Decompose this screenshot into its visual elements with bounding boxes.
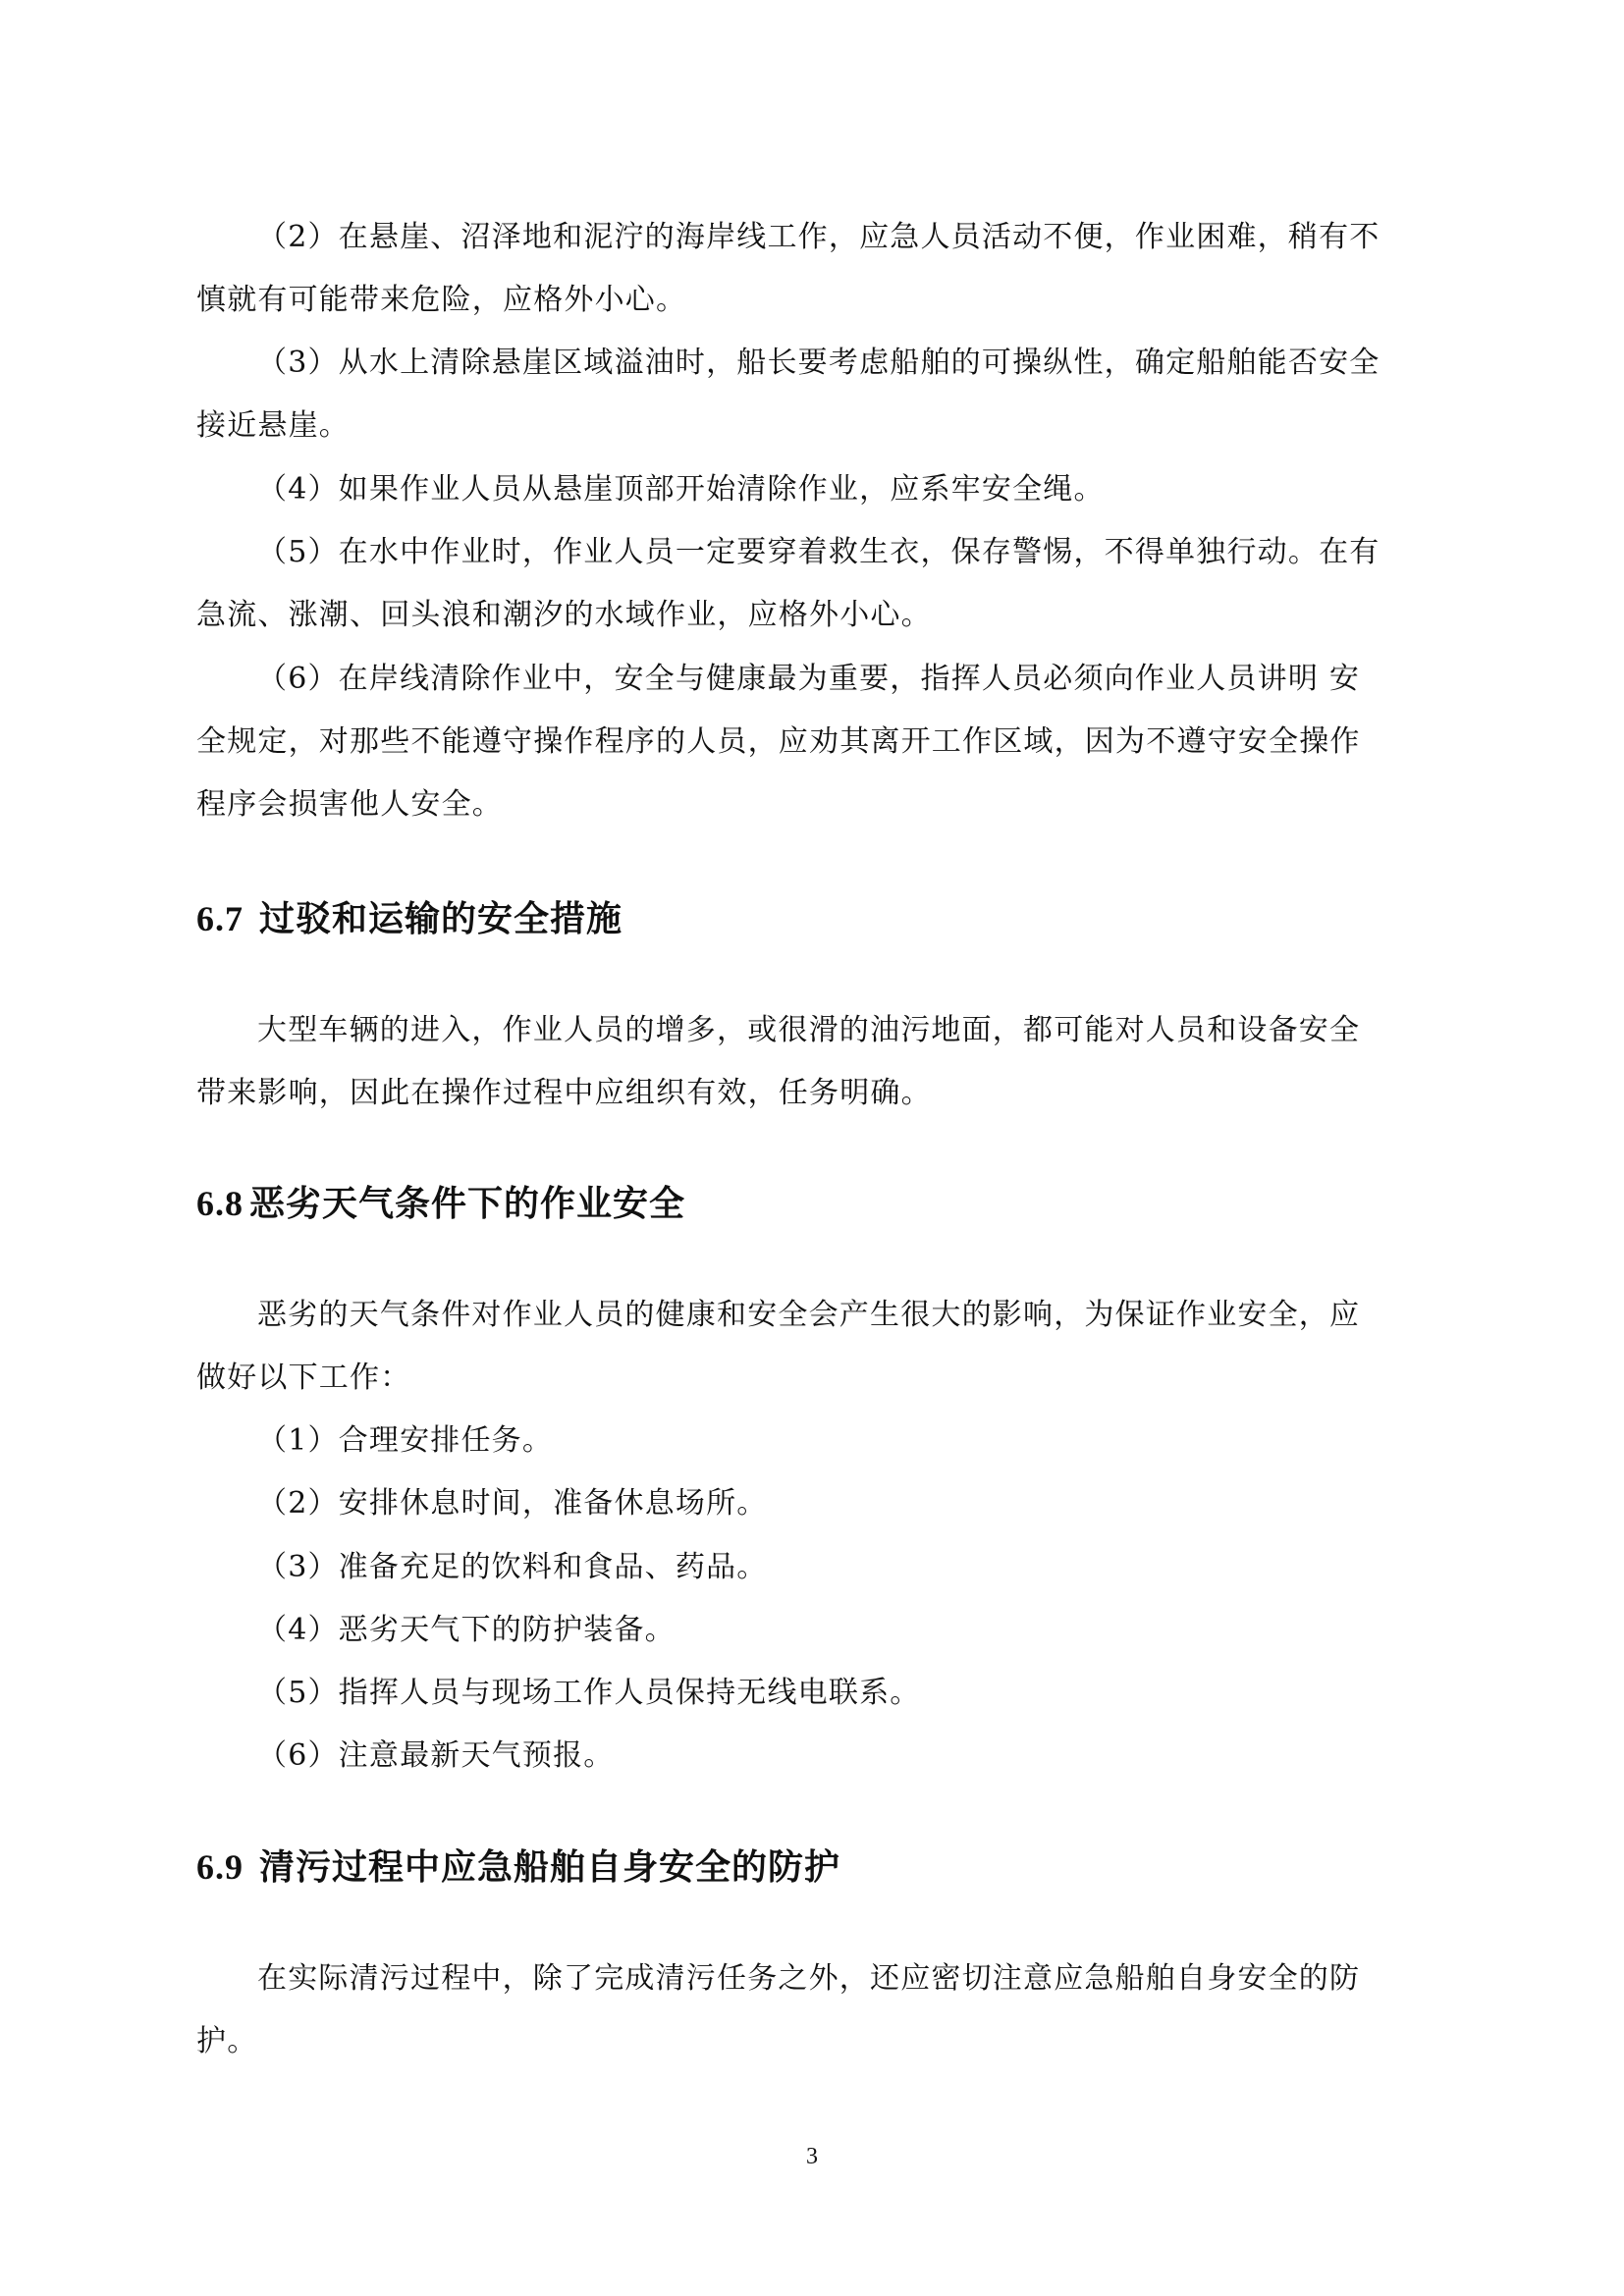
list-item: （6）注意最新天气预报。 [257,1736,1509,1776]
text-line: 在实际清污过程中，除了完成清污任务之外，还应密切注意应急船舶自身安全的防 [257,1959,1509,1999]
text-line: 恶劣的天气条件对作业人员的健康和安全会产生很大的影响，为保证作业安全，应 [257,1296,1509,1335]
text-line: 全规定，对那些不能遵守操作程序的人员，应劝其离开工作区域，因为不遵守安全操作 [196,722,1448,762]
text-line: 程序会损害他人安全。 [196,785,1448,825]
section-number: 6.9 [196,1847,244,1887]
text-line: 带来影响，因此在操作过程中应组织有效，任务明确。 [196,1074,1448,1113]
text-line: 接近悬崖。 [196,406,1448,446]
list-item: （1）合理安排任务。 [257,1421,1509,1461]
list-item: （5）指挥人员与现场工作人员保持无线电联系。 [257,1674,1509,1713]
section-heading-6-8: 6.8恶劣天气条件下的作业安全 [196,1182,685,1226]
text-line: 慎就有可能带来危险，应格外小心。 [196,281,1448,320]
document-page: （2）在悬崖、沼泽地和泥泞的海岸线工作，应急人员活动不便，作业困难，稍有不 慎就… [0,0,1624,2296]
text-line: （6）在岸线清除作业中，安全与健康最为重要，指挥人员必须向作业人员讲明 安 [257,660,1509,699]
text-line: （5）在水中作业时，作业人员一定要穿着救生衣，保存警惕，不得单独行动。在有 [257,533,1509,572]
section-title: 过驳和运输的安全措施 [259,899,623,939]
section-title: 清污过程中应急船舶自身安全的防护 [259,1847,840,1888]
text-line: 急流、涨潮、回头浪和潮汐的水域作业，应格外小心。 [196,596,1448,635]
section-number: 6.7 [196,899,244,938]
text-line: 做好以下工作： [196,1359,1448,1398]
list-item: （3）准备充足的饮料和食品、药品。 [257,1548,1509,1587]
text-line: （2）在悬崖、沼泽地和泥泞的海岸线工作，应急人员活动不便，作业困难，稍有不 [257,218,1509,257]
section-title: 恶劣天气条件下的作业安全 [249,1184,685,1224]
text-line: 护。 [196,2022,1448,2061]
list-item: （4）恶劣天气下的防护装备。 [257,1611,1509,1650]
text-line: 大型车辆的进入，作业人员的增多，或很滑的油污地面，都可能对人员和设备安全 [257,1011,1509,1050]
list-item: （2）安排休息时间，准备休息场所。 [257,1484,1509,1523]
text-line: （4）如果作业人员从悬崖顶部开始清除作业，应系牢安全绳。 [257,470,1509,509]
section-number: 6.8 [196,1184,244,1223]
text-line: （3）从水上清除悬崖区域溢油时，船长要考虑船舶的可操纵性，确定船舶能否安全 [257,344,1509,383]
section-heading-6-7: 6.7过驳和运输的安全措施 [196,897,623,941]
section-heading-6-9: 6.9清污过程中应急船舶自身安全的防护 [196,1845,840,1890]
page-number: 3 [0,2142,1624,2171]
